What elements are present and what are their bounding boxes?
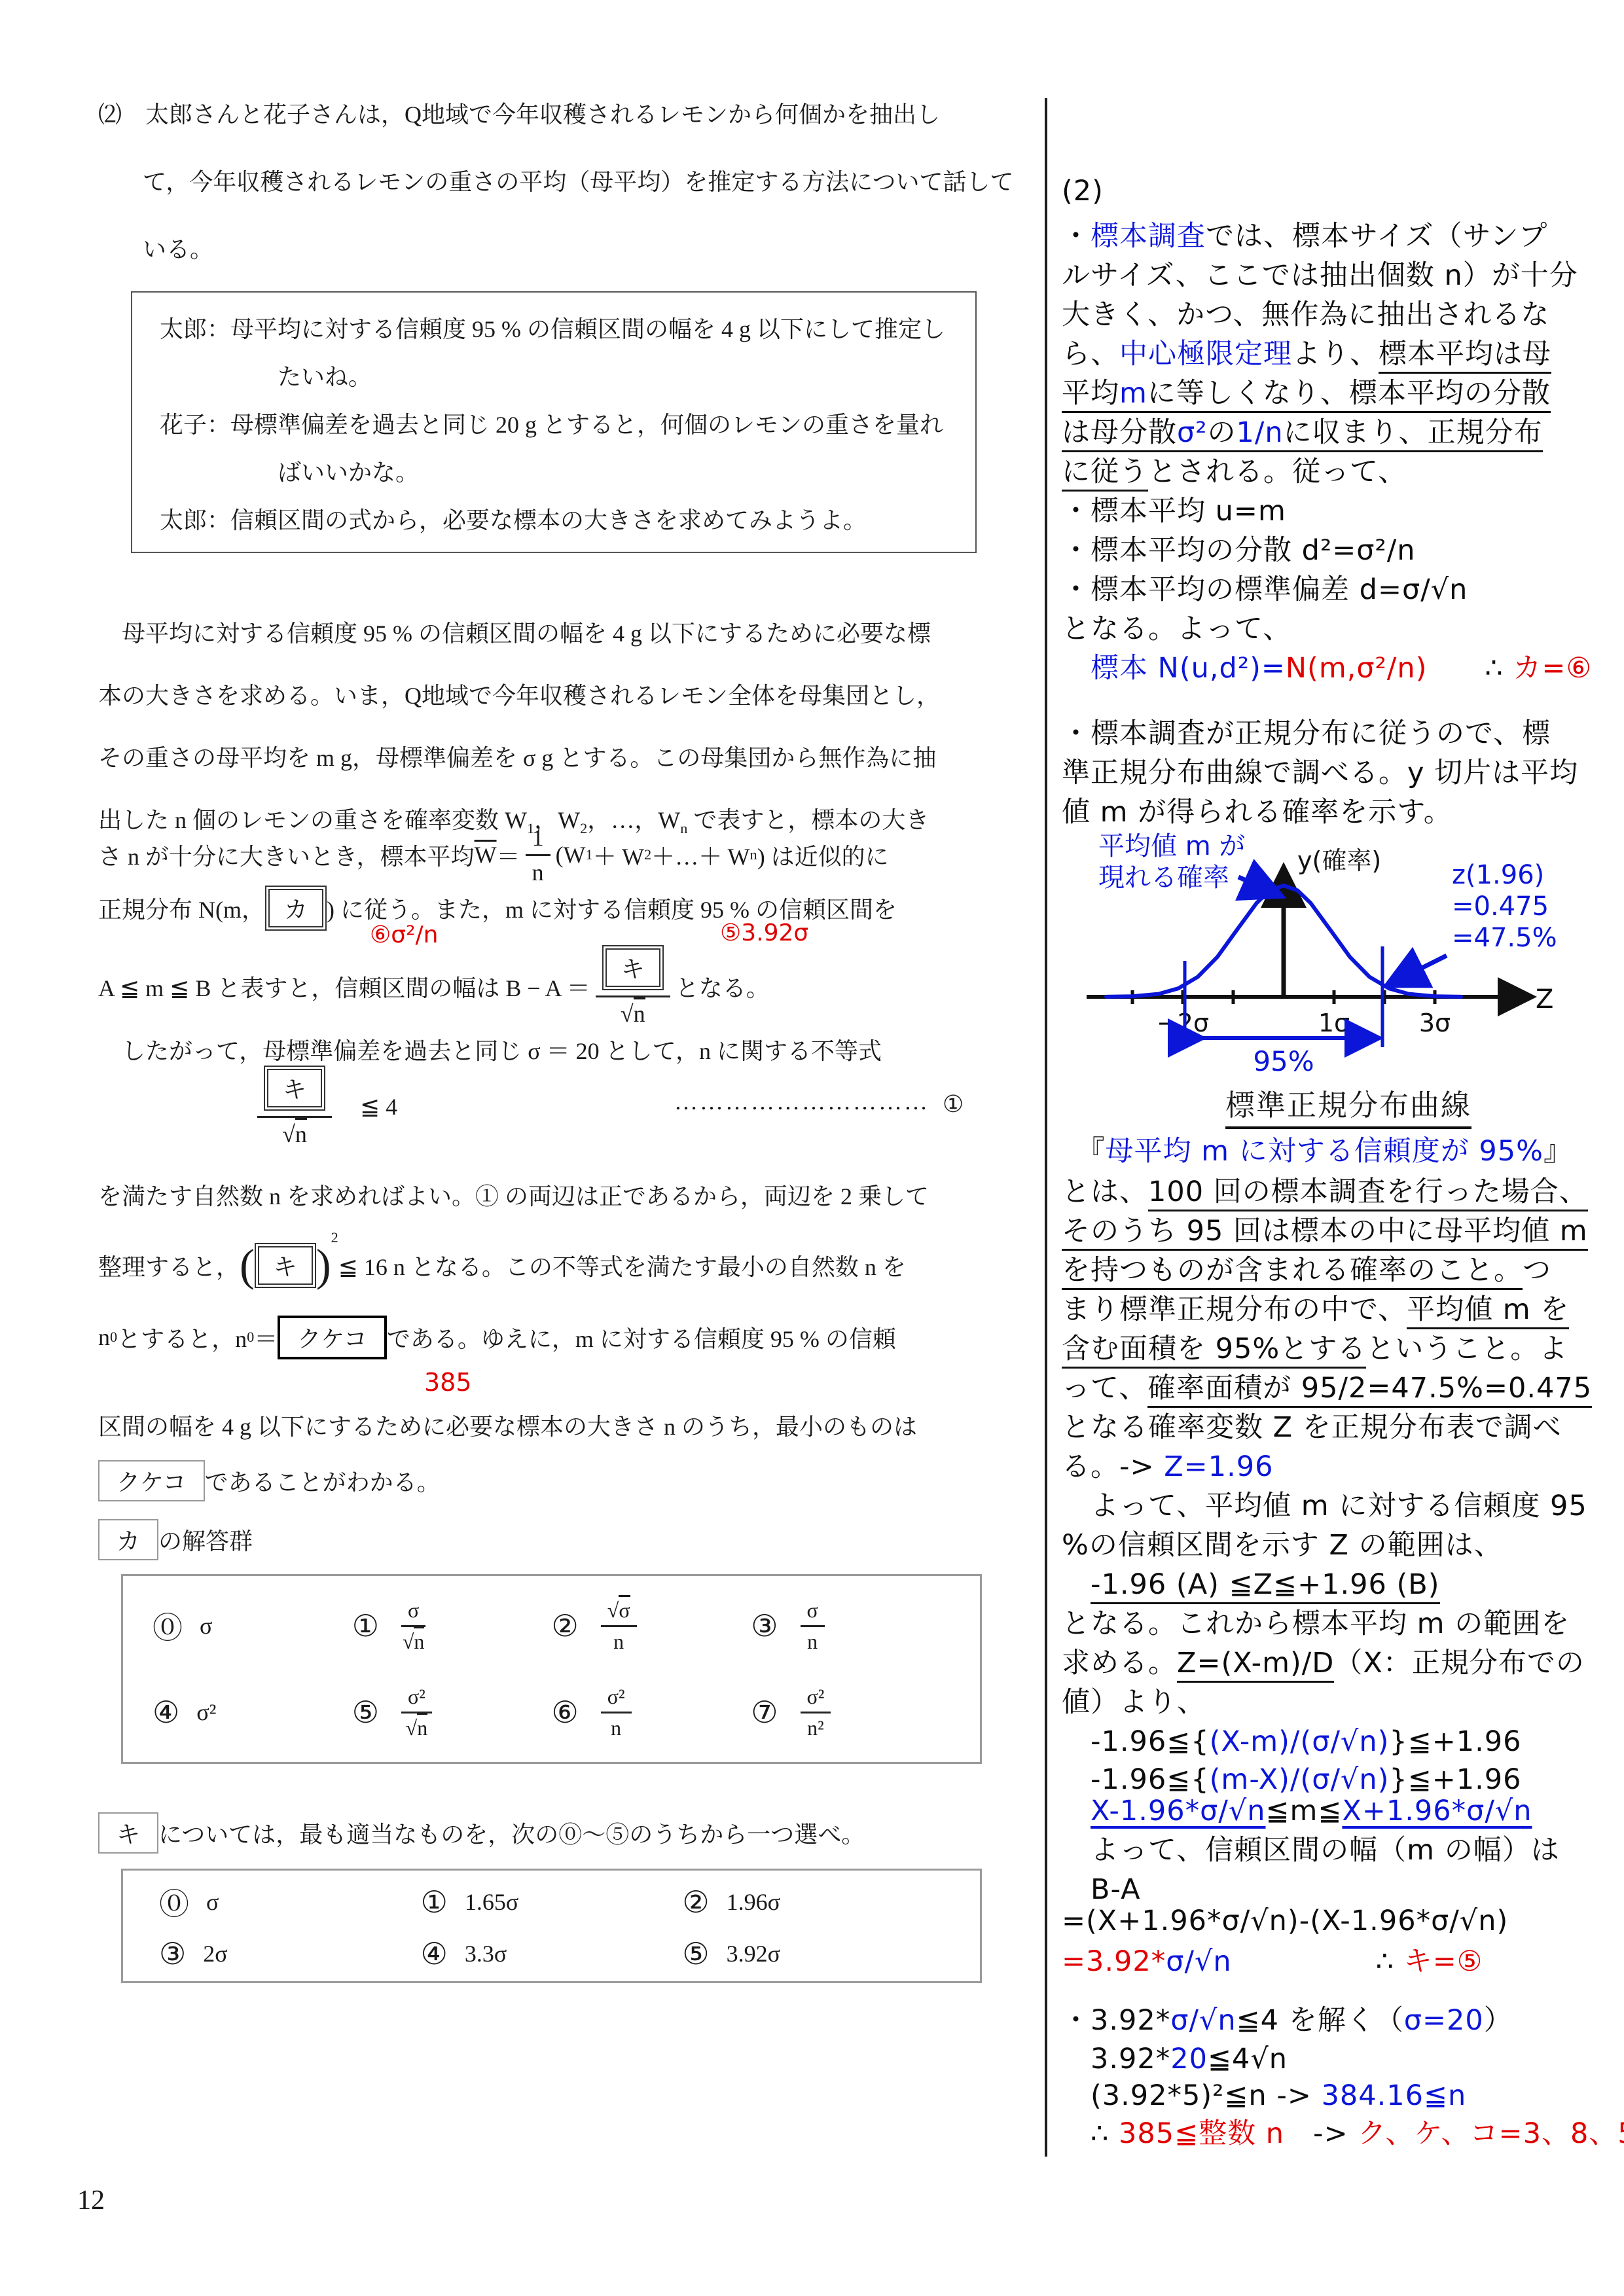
subscript: 0 — [110, 1329, 117, 1346]
body-text: 整理すると， — [98, 1249, 240, 1282]
body-line: 区間の幅を 4 g 以下にするために必要な標本の大きさ n のうち，最小のものは — [98, 1408, 917, 1442]
annotation-kukeko-answer: 385 — [424, 1368, 472, 1397]
note-line: は母分散σ²の1/nに収まり、正規分布 — [1062, 410, 1543, 450]
tick-label: 1σ — [1318, 1009, 1350, 1037]
note-line: ・標本平均の分散 d²=σ²/n — [1062, 528, 1415, 568]
note-line: ・標本平均の標準偏差 d=σ/√n — [1062, 567, 1468, 607]
heading-text: の解答群 — [158, 1523, 253, 1556]
w-bar: W — [475, 841, 497, 869]
note-line: る。-> Z=1.96 — [1062, 1444, 1273, 1484]
body-text: ＝ — [497, 838, 520, 872]
answer-box-ki: キ — [264, 1066, 325, 1111]
choice-ka-1: ①σ√n — [352, 1598, 552, 1654]
choice-ki-3: ③2σ — [159, 1936, 421, 1971]
note-line: となる。よって、 — [1062, 607, 1291, 647]
y-axis-label: y(確率) — [1297, 846, 1381, 875]
answer-box-ka: カ — [265, 886, 327, 931]
intro-line: て，今年収穫されるレモンの重さの平均（母平均）を推定する方法について話して — [143, 164, 1014, 197]
denominator: n — [532, 856, 544, 886]
page-number: 12 — [77, 2185, 105, 2216]
leq-4: ≦ 4 — [360, 1093, 397, 1121]
note-line: -1.96≦{(X-m)/(σ/√n)}≦+1.96 — [1062, 1719, 1522, 1759]
dialogue-line: ばいいかな。 — [278, 454, 419, 488]
note-line: に従うとされる。従って、 — [1062, 450, 1407, 490]
body-text: A ≦ m ≦ B と表すと，信頼区間の幅は B − A ＝ — [98, 970, 590, 1003]
fraction-ki-over-sqrt-n: キ √n — [596, 945, 670, 1028]
subscript: n — [750, 846, 757, 863]
instruction-text: については，最も適当なものを，次の⓪～⑤のうちから一つ選べ。 — [158, 1816, 865, 1850]
z-value-annotation: z(1.96) — [1452, 860, 1544, 890]
intro-line: いる。 — [143, 231, 213, 264]
choice-ka-4: ④σ² — [153, 1695, 352, 1730]
note-line: 平均mに等しくなり、標本平均の分散 — [1062, 371, 1551, 411]
annotation-arrow — [1394, 956, 1447, 982]
annotation-ki-answer: ⑤3.92σ — [720, 920, 808, 946]
subscript: 2 — [644, 846, 651, 863]
answer-box-ki: キ — [602, 945, 664, 990]
subscript: 0 — [247, 1329, 254, 1346]
note-line: (2) — [1062, 175, 1104, 207]
sqrt-sign: √ — [621, 1001, 634, 1027]
note-line: 『母平均 m に対する信頼度が 95%』 — [1062, 1129, 1572, 1169]
note-line: よって、平均値 m に対する信頼度 95 — [1062, 1484, 1587, 1524]
dialogue-line: 太郎：母平均に対する信頼度 95 % の信頼区間の幅を 4 g 以下にして推定し — [160, 311, 945, 344]
note-line: %の信頼区間を示す Z の範囲は、 — [1062, 1523, 1503, 1563]
body-text: とすると，n — [117, 1321, 247, 1354]
choice-ki-2: ②1.96σ — [682, 1884, 944, 1920]
note-line: X-1.96*σ/√n≦m≦X+1.96*σ/√n — [1062, 1789, 1532, 1829]
tick-label: 3σ — [1419, 1009, 1451, 1037]
answer-box-ka: カ — [98, 1519, 158, 1560]
sqrt-sign: √ — [282, 1121, 295, 1147]
n0-line: n0 とすると，n0 ＝ クケコ である。ゆえに，m に対する信頼度 95 % … — [98, 1309, 896, 1365]
note-line: 求める。Z=(X-m)/D（X：正規分布での — [1062, 1641, 1585, 1681]
body-text: となる。 — [676, 970, 770, 1003]
note-line: ∴ 385≦整数 n -> ク、ケ、コ=3、8、5 — [1062, 2111, 1624, 2151]
interval-width-line: A ≦ m ≦ B と表すと，信頼区間の幅は B − A ＝ キ √n となる。 — [98, 944, 770, 1029]
conclusion-line: クケコ であることがわかる。 — [98, 1454, 441, 1507]
sample-mean-equation-line: さ n が十分に大きいとき，標本平均 W ＝ 1n(W1 ＋ W2 ＋…＋ Wn… — [98, 819, 889, 890]
body-text: さ n が十分に大きいとき，標本平均 — [98, 838, 475, 872]
note-line: 標本 N(u,d²)=N(m,σ²/n) ∴ カ=⑥ — [1062, 646, 1592, 686]
diagram-caption: 標準正規分布曲線 — [1225, 1081, 1471, 1129]
body-line: したがって，母標準偏差を過去と同じ σ ＝ 20 として，n に関する不等式 — [98, 1033, 882, 1066]
dialogue-box: 太郎：母平均に対する信頼度 95 % の信頼区間の幅を 4 g 以下にして推定し… — [131, 291, 977, 553]
note-line: 値 m が得られる確率を示す。 — [1062, 790, 1453, 830]
fraction-1-over-n: 1n — [526, 824, 550, 886]
numerator: 1 — [526, 824, 550, 856]
squared-inequality-line: 整理すると， ( キ ) 2 ≦ 16 n となる。この不等式を満たす最小の自然… — [98, 1229, 906, 1301]
note-line: とは、100 回の標本調査を行った場合、 — [1062, 1170, 1588, 1210]
body-text: n — [98, 1323, 110, 1351]
body-text: ≦ 16 n となる。この不等式を満たす最小の自然数 n を — [338, 1249, 906, 1282]
note-line: =(X+1.96*σ/√n)-(X-1.96*σ/√n) — [1062, 1905, 1508, 1937]
column-divider — [1045, 98, 1047, 2157]
body-text: ＝ — [254, 1321, 278, 1354]
note-line: そのうち 95 回は標本の中に母平均値 m — [1062, 1209, 1588, 1249]
body-text: ) は近似的に — [757, 838, 889, 872]
note-line: まり標準正規分布の中で、平均値 m を — [1062, 1287, 1569, 1327]
dialogue-line: 花子：母標準偏差を過去と同じ 20 g とすると，何個のレモンの重さを量れ — [160, 406, 943, 440]
z-value-annotation: =0.475 — [1452, 891, 1549, 922]
choice-ka-0: ⓪σ — [153, 1604, 352, 1647]
choice-ka-2: ②√σn — [552, 1598, 751, 1654]
dots-leader: ………………………… — [674, 1088, 929, 1115]
note-line: 準正規分布曲線で調べる。y 切片は平均 — [1062, 751, 1578, 791]
note-line: ・標本平均 u=m — [1062, 489, 1286, 529]
note-line: -1.96 (A) ≦Z≦+1.96 (B) — [1062, 1562, 1440, 1602]
tick-label: −2σ — [1157, 1009, 1209, 1037]
choice-ka-7: ⑦σ²n² — [751, 1685, 950, 1740]
note-line: を持つものが含まれる確率のこと。つ — [1062, 1248, 1551, 1288]
answer-box-kukeko: クケコ — [278, 1316, 387, 1359]
body-line: 本の大きさを求める。いま，Q地域で今年収穫されるレモン全体を母集団とし， — [98, 677, 940, 711]
choice-ki-0: ⓪σ — [159, 1880, 421, 1924]
answer-box-ki: キ — [255, 1243, 316, 1288]
note-line: となる確率変数 Z を正規分布表で調べ — [1062, 1405, 1562, 1445]
answer-box-ki: キ — [98, 1812, 158, 1854]
choice-ki-4: ④3.3σ — [421, 1936, 683, 1971]
radicand: n — [634, 997, 645, 1027]
body-text: ＋…＋ W — [651, 838, 749, 872]
note-line: って、確率面積が 95/2=47.5%=0.475 — [1062, 1366, 1592, 1406]
ka-choices-box: ⓪σ ①σ√n ②√σn ③σn ④σ² ⑤σ²√n ⑥σ²n ⑦σ²n² — [121, 1574, 982, 1764]
choice-ki-5: ⑤3.92σ — [682, 1936, 944, 1971]
body-text: であることがわかる。 — [205, 1464, 441, 1498]
exponent: 2 — [331, 1229, 338, 1246]
note-line: ・3.92*σ/√n≦4 を解く（σ=20） — [1062, 1998, 1513, 2038]
body-line: その重さの母平均を m g，母標準偏差を σ g とする。この母集団から無作為に… — [98, 740, 936, 773]
note-line: 含む面積を 95%とするということ。よ — [1062, 1327, 1568, 1367]
note-line: =3.92*σ/√n ∴ キ=⑤ — [1062, 1939, 1483, 1979]
choice-ka-3: ③σn — [751, 1598, 950, 1654]
body-text: 正規分布 N(m， — [98, 891, 265, 925]
x-axis-label: Z — [1536, 984, 1553, 1014]
interval-95-label: 95% — [1253, 1045, 1314, 1077]
note-line: (3.92*5)²≦n -> 384.16≦n — [1062, 2073, 1466, 2113]
body-line: を満たす自然数 n を求めればよい。① の両辺は正であるから，両辺を 2 乗して — [98, 1178, 929, 1211]
ki-instruction: キ については，最も適当なものを，次の⓪～⑤のうちから一つ選べ。 — [98, 1806, 865, 1859]
note-line: ルサイズ、ここでは抽出個数 n）が十分 — [1062, 253, 1578, 293]
body-text: ) に従う。また，m に対する信頼度 95 % の信頼区間を — [327, 891, 897, 925]
intro-line: ⑵ 太郎さんと花子さんは，Q地域で今年収穫されるレモンから何個かを抽出し — [98, 96, 940, 130]
subscript: 1 — [586, 846, 593, 863]
dialogue-line: 太郎：信頼区間の式から，必要な標本の大きさを求めてみようよ。 — [160, 502, 867, 535]
note-line: B-A — [1062, 1867, 1141, 1907]
note-line: となる。これから標本平均 m の範囲を — [1062, 1602, 1570, 1641]
note-line: 3.92*20≦4√n — [1062, 2037, 1288, 2077]
choice-ka-5: ⑤σ²√n — [352, 1685, 552, 1740]
mean-prob-annotation: 平均値 m が — [1098, 831, 1245, 861]
ka-group-heading: カ の解答群 — [98, 1513, 253, 1566]
radicand: n — [295, 1118, 307, 1147]
ki-choices-box: ⓪σ ①1.65σ ②1.96σ ③2σ ④3.3σ ⑤3.92σ — [121, 1869, 982, 1983]
mean-prob-annotation: 現れる確率 — [1098, 863, 1229, 893]
body-text: (W — [556, 841, 586, 869]
note-line: ・標本調査では、標本サイズ（サンプ — [1062, 214, 1547, 254]
normal-curve-diagram: Z y(確率) −2σ 1σ 3σ 95% 平均値 m が 現れる確率 z(1.… — [1067, 830, 1604, 1077]
note-line: 大きく、かつ、無作為に抽出されるな — [1062, 293, 1549, 332]
note-line: ・標本調査が正規分布に従うので、標 — [1062, 711, 1551, 751]
note-line: よって、信頼区間の幅（m の幅）は — [1062, 1828, 1560, 1868]
note-line: 値）より、 — [1062, 1680, 1206, 1720]
choice-ka-6: ⑥σ²n — [552, 1685, 751, 1740]
equation-number: ① — [943, 1090, 964, 1118]
note-line: ら、中心極限定理より、標本平均は母 — [1062, 332, 1551, 372]
annotation-arrow — [1238, 877, 1274, 893]
z-value-annotation: =47.5% — [1452, 923, 1557, 953]
body-text: ＋ W — [593, 838, 644, 872]
inequality-1: キ √n ≦ 4 ………………………… ① — [98, 1066, 982, 1151]
exam-solution-page: ⑵ 太郎さんと花子さんは，Q地域で今年収穫されるレモンから何個かを抽出し て，今… — [0, 0, 1624, 2296]
answer-box-kukeko: クケコ — [98, 1460, 205, 1501]
choice-ki-1: ①1.65σ — [421, 1884, 683, 1920]
fraction-ki-over-sqrt-n: キ √n — [257, 1066, 332, 1148]
body-line: 母平均に対する信頼度 95 % の信頼区間の幅を 4 g 以下にするために必要な… — [98, 615, 931, 649]
body-text: である。ゆえに，m に対する信頼度 95 % の信頼 — [387, 1321, 896, 1354]
dialogue-line: たいね。 — [278, 359, 372, 392]
